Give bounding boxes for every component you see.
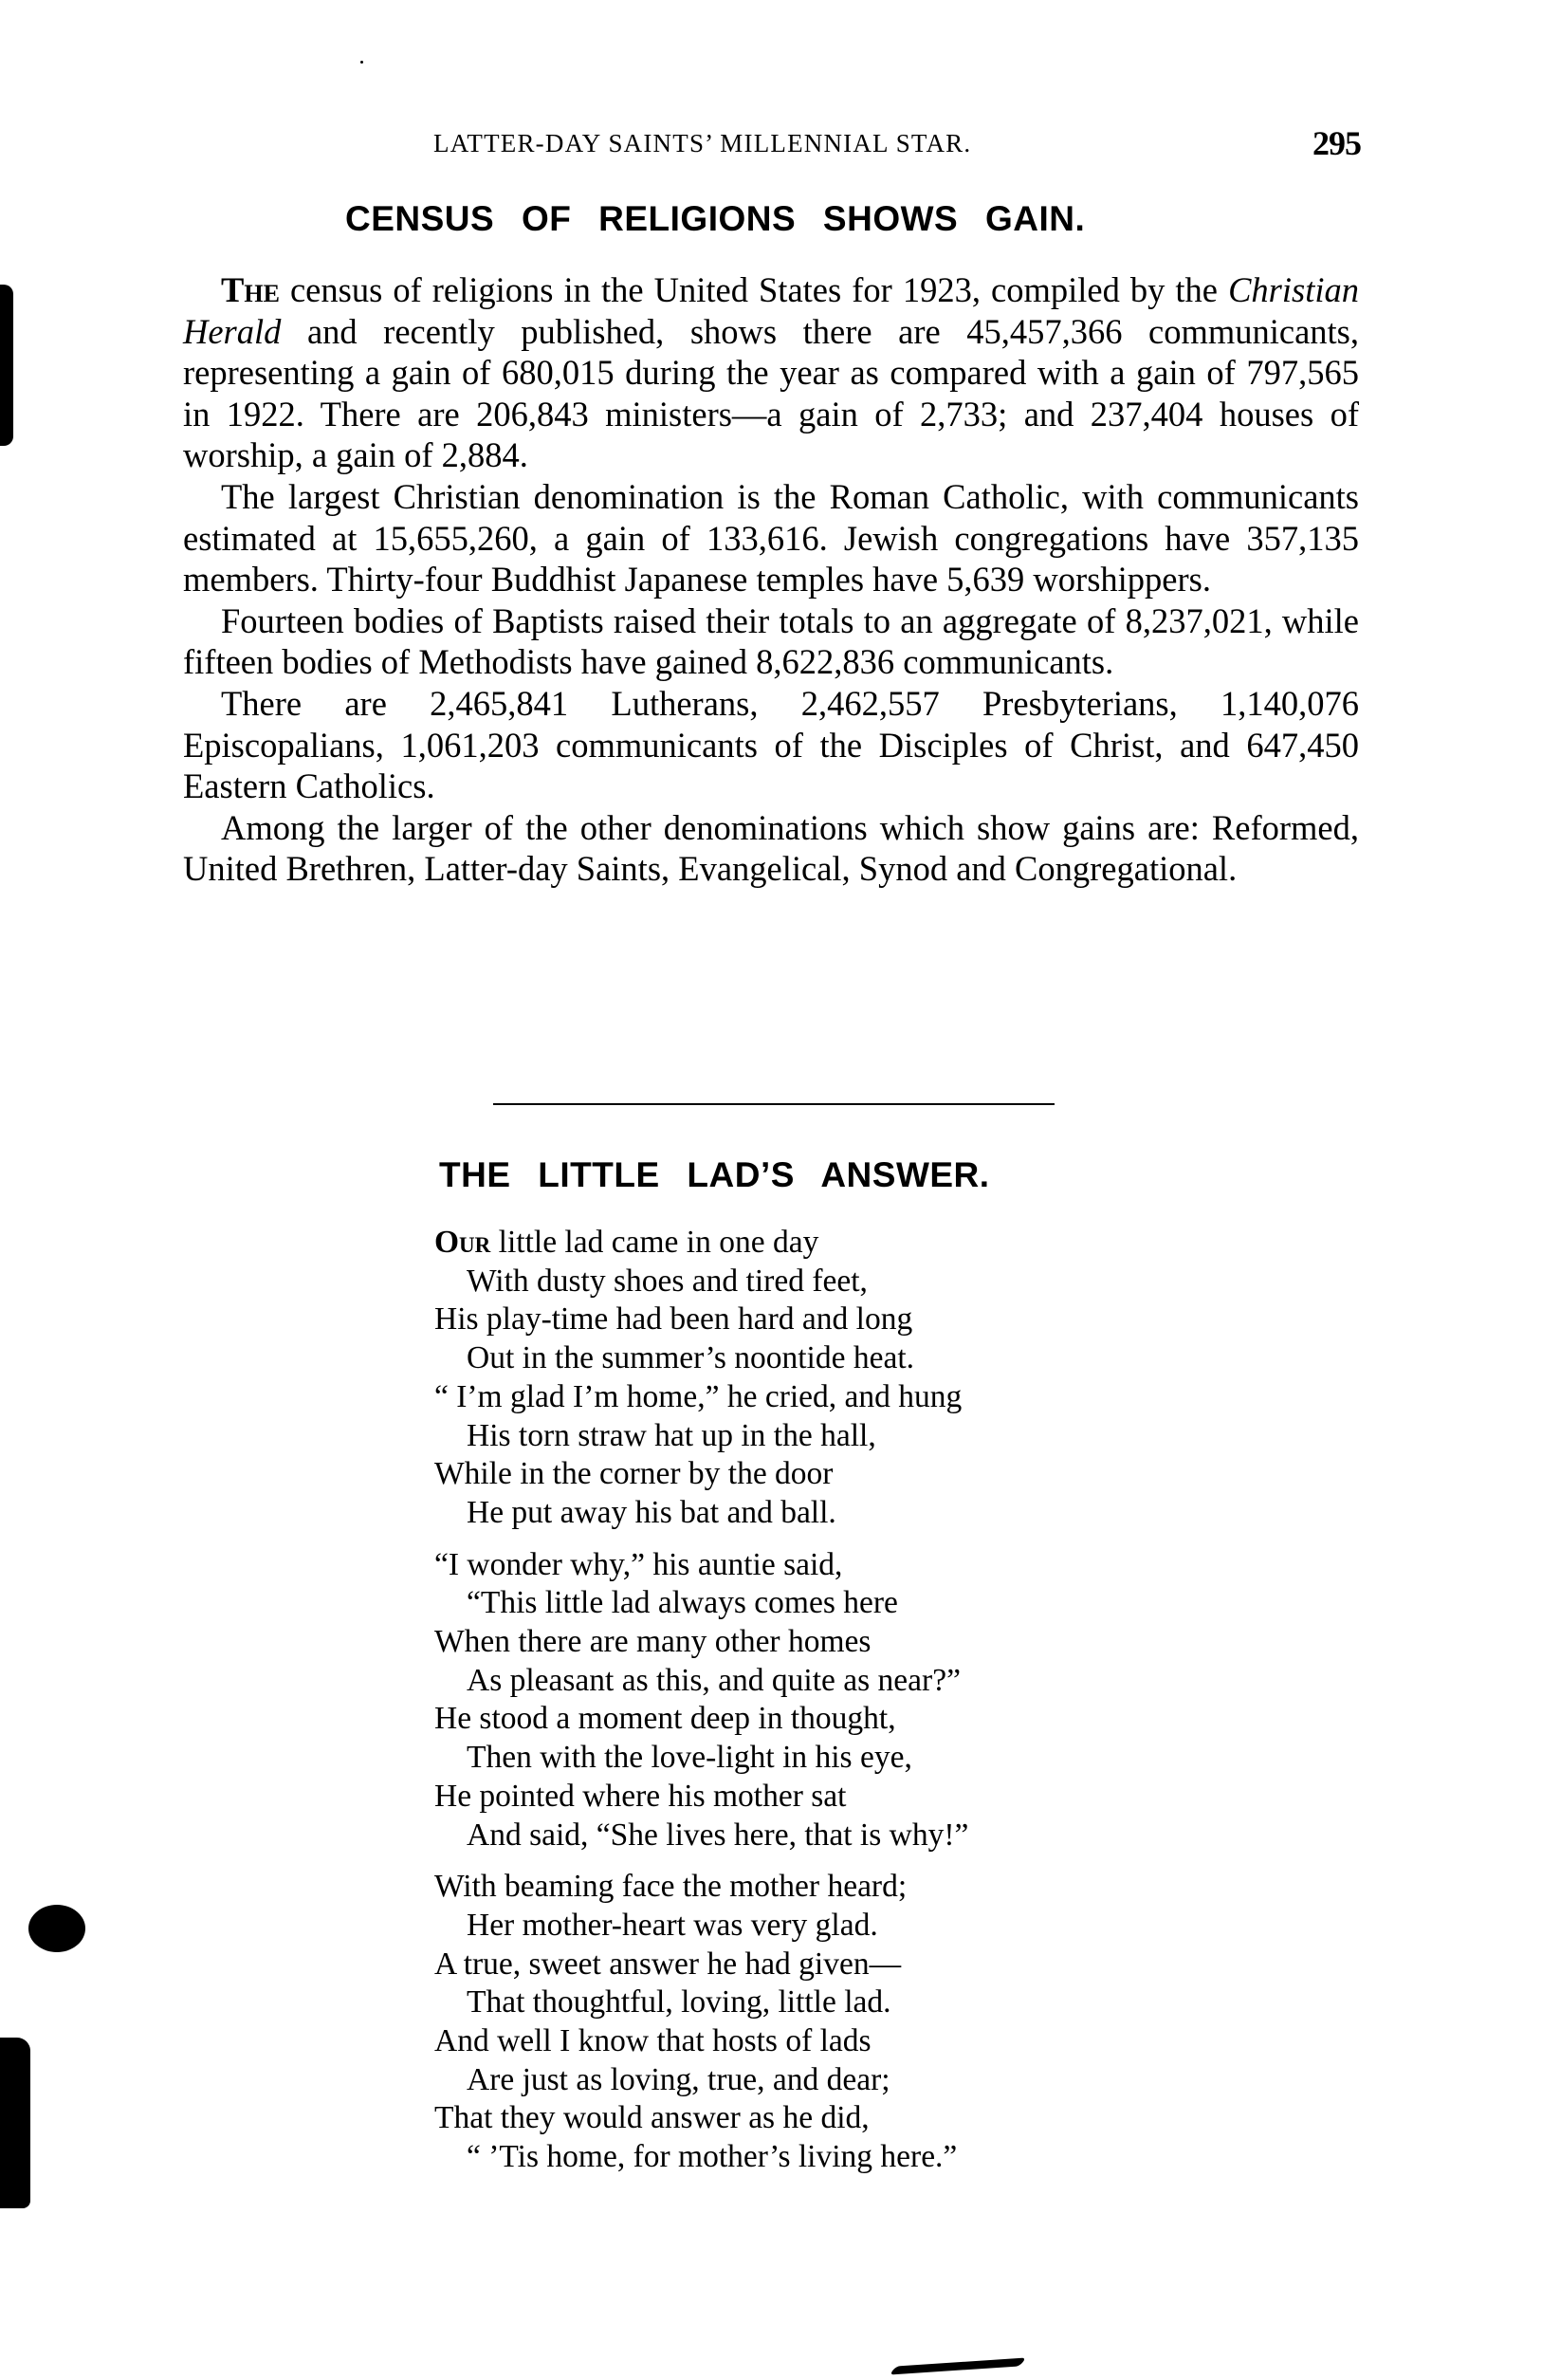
poem-line: Out in the summer’s noontide heat.	[434, 1339, 1193, 1378]
poem-line: “ I’m glad I’m home,” he cried, and hung	[434, 1378, 1193, 1417]
poem-line: A true, sweet answer he had given—	[434, 1946, 1193, 1984]
speck-artifact	[360, 61, 363, 64]
poem-line: “ ’Tis home, for mother’s living here.”	[434, 2138, 1193, 2177]
poem-line: He pointed where his mother sat	[434, 1778, 1193, 1817]
poem-line: And said, “She lives here, that is why!”	[434, 1817, 1193, 1855]
poem-line: “This little lad always comes here	[434, 1584, 1193, 1623]
poem-line: Are just as loving, true, and dear;	[434, 2061, 1193, 2100]
poem-line: As pleasant as this, and quite as near?”	[434, 1662, 1193, 1701]
paragraph: Among the larger of the other denominati…	[183, 807, 1359, 890]
poem-line: With beaming face the mother heard;	[434, 1868, 1193, 1907]
paragraph: There are 2,465,841 Lutherans, 2,462,557…	[183, 683, 1359, 807]
poem-line: Our little lad came in one day	[434, 1224, 1193, 1263]
paragraph: The largest Christian denomination is th…	[183, 476, 1359, 600]
poem-line: That they would answer as he did,	[434, 2099, 1193, 2138]
poem-line: That thoughtful, loving, little lad.	[434, 1983, 1193, 2022]
lead-word: The	[221, 270, 280, 309]
poem-line: He put away his bat and ball.	[434, 1494, 1193, 1533]
publication-title: LATTER-DAY SAINTS’ MILLENNIAL STAR.	[433, 129, 971, 158]
poem-line: His torn straw hat up in the hall,	[434, 1417, 1193, 1456]
poem-line: Her mother-heart was very glad.	[434, 1907, 1193, 1946]
poem-line: When there are many other homes	[434, 1623, 1193, 1662]
poem-line: Then with the love-light in his eye,	[434, 1739, 1193, 1778]
article-heading-census: CENSUS OF RELIGIONS SHOWS GAIN.	[345, 199, 1085, 239]
article-body-census: The census of religions in the United St…	[183, 269, 1359, 890]
running-header: LATTER-DAY SAINTS’ MILLENNIAL STAR. 295	[375, 125, 1361, 163]
ink-smear-artifact	[0, 2038, 30, 2208]
book-page: LATTER-DAY SAINTS’ MILLENNIAL STAR. 295 …	[0, 0, 1560, 2380]
paragraph: The census of religions in the United St…	[183, 269, 1359, 476]
stanza: With beaming face the mother heard; Her …	[434, 1868, 1193, 2177]
stanza: Our little lad came in one day With dust…	[434, 1224, 1193, 1533]
lead-word: Our	[434, 1225, 490, 1260]
ink-blot-artifact	[0, 285, 13, 446]
poem-line: “I wonder why,” his auntie said,	[434, 1546, 1193, 1585]
poem-line: And well I know that hosts of lads	[434, 2022, 1193, 2061]
poem-body: Our little lad came in one day With dust…	[434, 1224, 1193, 2190]
poem-line: He stood a moment deep in thought,	[434, 1700, 1193, 1739]
section-divider	[493, 1103, 1055, 1105]
bottom-smudge-artifact	[890, 2357, 1026, 2374]
poem-line: With dusty shoes and tired feet,	[434, 1263, 1193, 1301]
page-number: 295	[1312, 123, 1361, 163]
poem-line: While in the corner by the door	[434, 1455, 1193, 1494]
ink-spot-artifact	[28, 1905, 85, 1952]
poem-line: His play-time had been hard and long	[434, 1301, 1193, 1339]
paragraph: Fourteen bodies of Baptists raised their…	[183, 600, 1359, 683]
stanza: “I wonder why,” his auntie said, “This l…	[434, 1546, 1193, 1855]
poem-title: THE LITTLE LAD’S ANSWER.	[439, 1155, 990, 1195]
